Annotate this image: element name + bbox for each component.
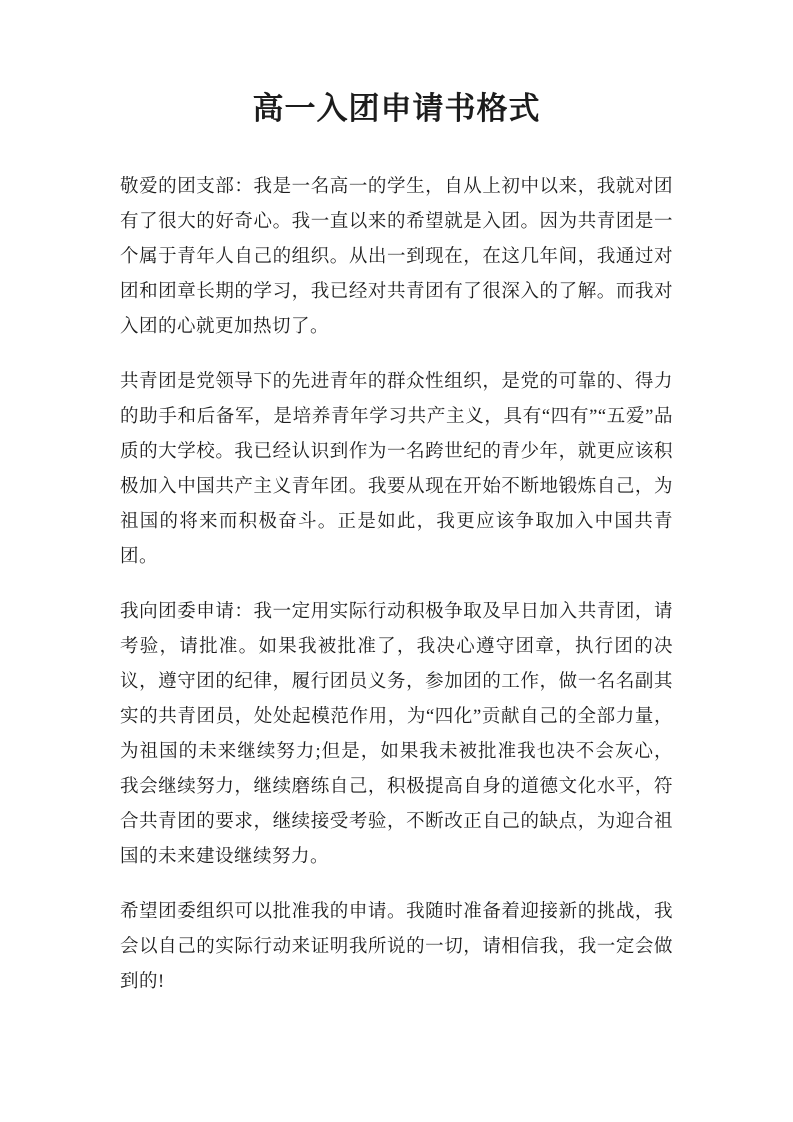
document-page: 高一入团申请书格式 敬爱的团支部：我是一名高一的学生，自从上初中以来，我就对团有…	[0, 0, 793, 1122]
document-title: 高一入团申请书格式	[120, 88, 673, 130]
document-body: 敬爱的团支部：我是一名高一的学生，自从上初中以来，我就对团有了很大的好奇心。我一…	[120, 170, 673, 1000]
paragraph-closing-request: 希望团委组织可以批准我的申请。我随时准备着迎接新的挑战，我会以自己的实际行动来证…	[120, 895, 673, 1000]
paragraph-salutation-and-intro: 敬爱的团支部：我是一名高一的学生，自从上初中以来，我就对团有了很大的好奇心。我一…	[120, 170, 673, 345]
paragraph-application-pledge: 我向团委申请：我一定用实际行动积极争取及早日加入共青团，请考验，请批准。如果我被…	[120, 595, 673, 875]
paragraph-league-understanding: 共青团是党领导下的先进青年的群众性组织，是党的可靠的、得力的助手和后备军，是培养…	[120, 365, 673, 575]
